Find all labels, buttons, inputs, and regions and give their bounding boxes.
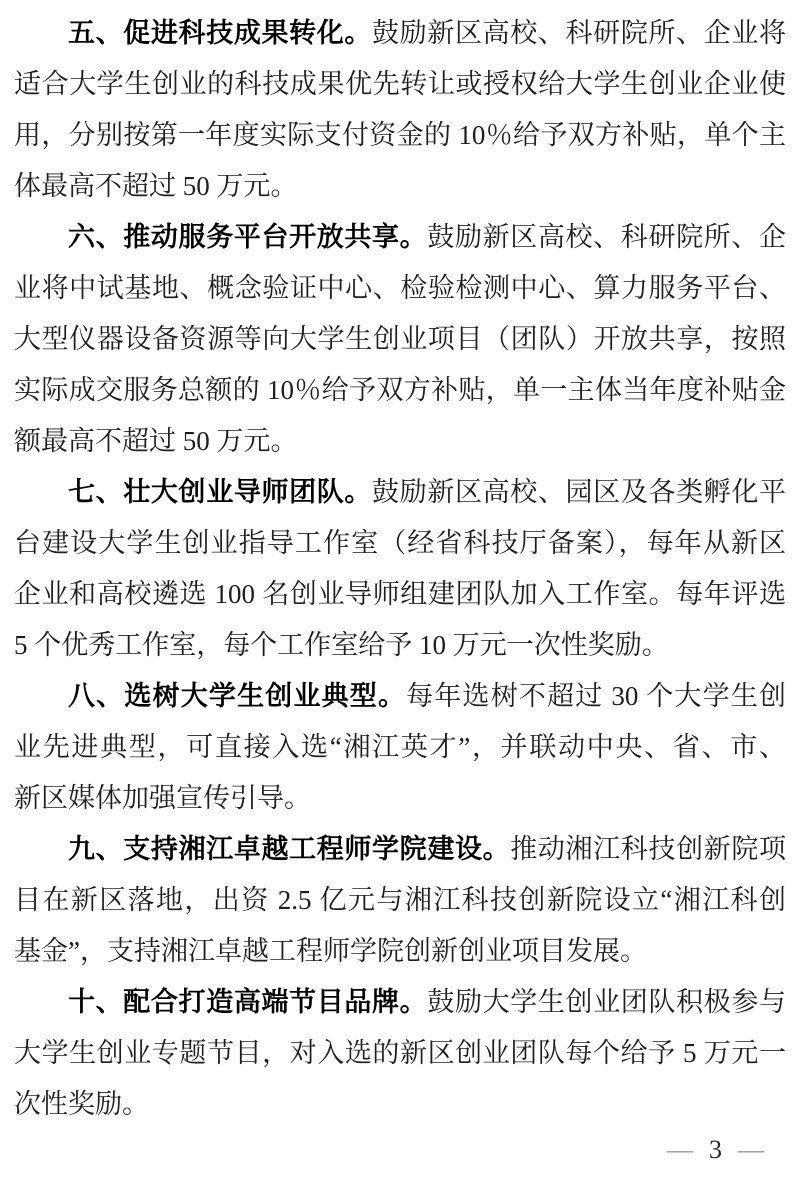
section-5: 九、支持湘江卓越工程师学院建设。推动湘江科技创新院项目在新区落地，出资 2.5 … <box>14 824 786 977</box>
text-line: 五、促进科技成果转化。鼓励新区高校、科研院所、企业将 <box>14 8 786 59</box>
footer-dash-right: — <box>738 1135 764 1164</box>
text-line: 大学生创业专题节目，对入选的新区创业团队每个给予 5 万元一 <box>14 1028 786 1079</box>
document-page: 五、促进科技成果转化。鼓励新区高校、科研院所、企业将适合大学生创业的科技成果优先… <box>0 0 800 1200</box>
page-footer: —3— <box>667 1128 764 1172</box>
text-line: 企业和高校遴选 100 名创业导师组建团队加入工作室。每年评选 <box>14 569 786 620</box>
line-text: 每年选树不超过 30 个大学生创 <box>406 681 786 711</box>
section-title: 七、壮大创业导师团队。 <box>68 477 372 507</box>
text-line: 八、选树大学生创业典型。每年选树不超过 30 个大学生创 <box>14 671 786 722</box>
line-text: 鼓励大学生创业团队积极参与 <box>427 987 786 1017</box>
section-title: 六、推动服务平台开放共享。 <box>68 222 427 252</box>
section-2: 六、推动服务平台开放共享。鼓励新区高校、科研院所、企业将中试基地、概念验证中心、… <box>14 212 786 467</box>
section-title: 九、支持湘江卓越工程师学院建设。 <box>68 834 510 864</box>
section-4: 八、选树大学生创业典型。每年选树不超过 30 个大学生创业先进典型，可直接入选“… <box>14 671 786 824</box>
text-line: 九、支持湘江卓越工程师学院建设。推动湘江科技创新院项 <box>14 824 786 875</box>
text-line: 体最高不超过 50 万元。 <box>14 161 786 212</box>
text-line: 七、壮大创业导师团队。鼓励新区高校、园区及各类孵化平 <box>14 467 786 518</box>
text-line: 大型仪器设备资源等向大学生创业项目（团队）开放共享，按照 <box>14 314 786 365</box>
section-title: 八、选树大学生创业典型。 <box>68 681 406 711</box>
section-title: 五、促进科技成果转化。 <box>68 18 372 48</box>
line-text: 鼓励新区高校、科研院所、企业将 <box>372 18 786 48</box>
section-1: 五、促进科技成果转化。鼓励新区高校、科研院所、企业将适合大学生创业的科技成果优先… <box>14 8 786 212</box>
text-line: 基金”，支持湘江卓越工程师学院创新创业项目发展。 <box>14 926 786 977</box>
document-body: 五、促进科技成果转化。鼓励新区高校、科研院所、企业将适合大学生创业的科技成果优先… <box>14 8 786 1130</box>
section-3: 七、壮大创业导师团队。鼓励新区高校、园区及各类孵化平台建设大学生创业指导工作室（… <box>14 467 786 671</box>
text-line: 实际成交服务总额的 10％给予双方补贴，单一主体当年度补贴金 <box>14 365 786 416</box>
text-line: 用，分别按第一年度实际支付资金的 10％给予双方补贴，单个主 <box>14 110 786 161</box>
text-line: 5 个优秀工作室，每个工作室给予 10 万元一次性奖励。 <box>14 620 786 671</box>
text-line: 适合大学生创业的科技成果优先转让或授权给大学生创业企业使 <box>14 59 786 110</box>
text-line: 十、配合打造高端节目品牌。鼓励大学生创业团队积极参与 <box>14 977 786 1028</box>
text-line: 新区媒体加强宣传引导。 <box>14 773 786 824</box>
line-text: 推动湘江科技创新院项 <box>510 834 786 864</box>
line-text: 鼓励新区高校、园区及各类孵化平 <box>372 477 786 507</box>
footer-dash-left: — <box>667 1135 693 1164</box>
text-line: 业先进典型，可直接入选“湘江英才”，并联动中央、省、市、 <box>14 722 786 773</box>
section-6: 十、配合打造高端节目品牌。鼓励大学生创业团队积极参与大学生创业专题节目，对入选的… <box>14 977 786 1130</box>
section-title: 十、配合打造高端节目品牌。 <box>68 987 427 1017</box>
text-line: 六、推动服务平台开放共享。鼓励新区高校、科研院所、企 <box>14 212 786 263</box>
text-line: 额最高不超过 50 万元。 <box>14 416 786 467</box>
text-line: 次性奖励。 <box>14 1079 786 1130</box>
text-line: 目在新区落地，出资 2.5 亿元与湘江科技创新院设立“湘江科创 <box>14 875 786 926</box>
line-text: 鼓励新区高校、科研院所、企 <box>427 222 786 252</box>
page-number: 3 <box>709 1135 722 1164</box>
text-line: 台建设大学生创业指导工作室（经省科技厅备案），每年从新区 <box>14 518 786 569</box>
text-line: 业将中试基地、概念验证中心、检验检测中心、算力服务平台、 <box>14 263 786 314</box>
